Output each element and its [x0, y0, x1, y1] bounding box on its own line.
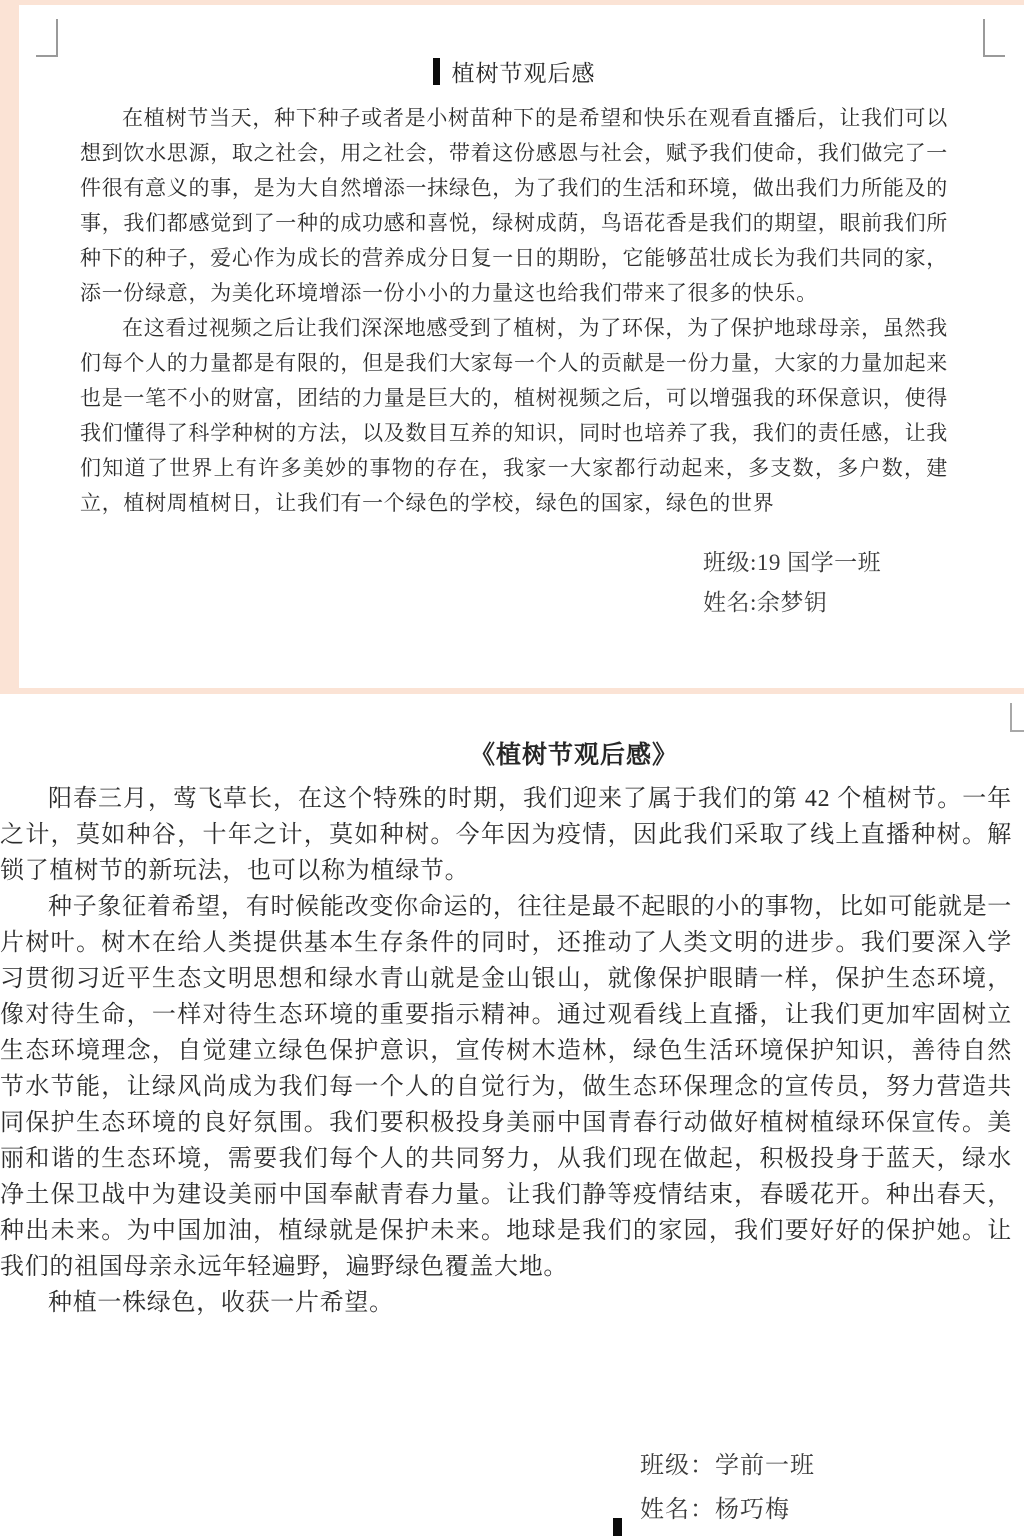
doc1-signature: 班级:19 国学一班 姓名:余梦钥 [703, 543, 881, 623]
doc2-body: 阳春三月，莺飞草长，在这个特殊的时期，我们迎来了属于我们的第 42 个植树节。一… [0, 781, 1012, 1321]
doc1-paragraph-1: 在植树节当天，种下种子或者是小树苗种下的是希望和快乐在观看直播后，让我们可以想到… [80, 101, 948, 311]
crop-mark-top-left-icon [36, 19, 58, 57]
doc2-class-line: 班级：学前一班 [640, 1444, 815, 1488]
doc2-signature: 班级：学前一班 姓名：杨巧梅 [640, 1444, 815, 1532]
text-cursor-bar-icon [433, 58, 440, 85]
doc1-class-line: 班级:19 国学一班 [703, 543, 881, 583]
doc2-paragraph-1: 阳春三月，莺飞草长，在这个特殊的时期，我们迎来了属于我们的第 42 个植树节。一… [0, 781, 1012, 889]
doc1-name-line: 姓名:余梦钥 [703, 583, 881, 623]
doc1-paragraph-2: 在这看过视频之后让我们深深地感受到了植树，为了环保，为了保护地球母亲，虽然我们每… [80, 311, 948, 521]
crop-mark-top-right-icon [983, 19, 1005, 57]
essay-scan-1: 植树节观后感 在植树节当天，种下种子或者是小树苗种下的是希望和快乐在观看直播后，… [0, 0, 1024, 694]
text-cursor-bar-icon [613, 1518, 622, 1536]
doc2-paragraph-2: 种子象征着希望，有时候能改变你命运的，往往是最不起眼的小的事物，比如可能就是一片… [0, 889, 1012, 1285]
doc2-paragraph-3: 种植一株绿色，收获一片希望。 [0, 1285, 1012, 1321]
doc1-title: 植树节观后感 [452, 55, 596, 88]
doc1-title-row: 植树节观后感 [80, 55, 948, 88]
doc2-name-line: 姓名：杨巧梅 [640, 1488, 815, 1532]
essay-scan-2: 《植树节观后感》 阳春三月，莺飞草长，在这个特殊的时期，我们迎来了属于我们的第 … [0, 694, 1024, 1536]
doc2-title: 《植树节观后感》 [62, 694, 1024, 771]
